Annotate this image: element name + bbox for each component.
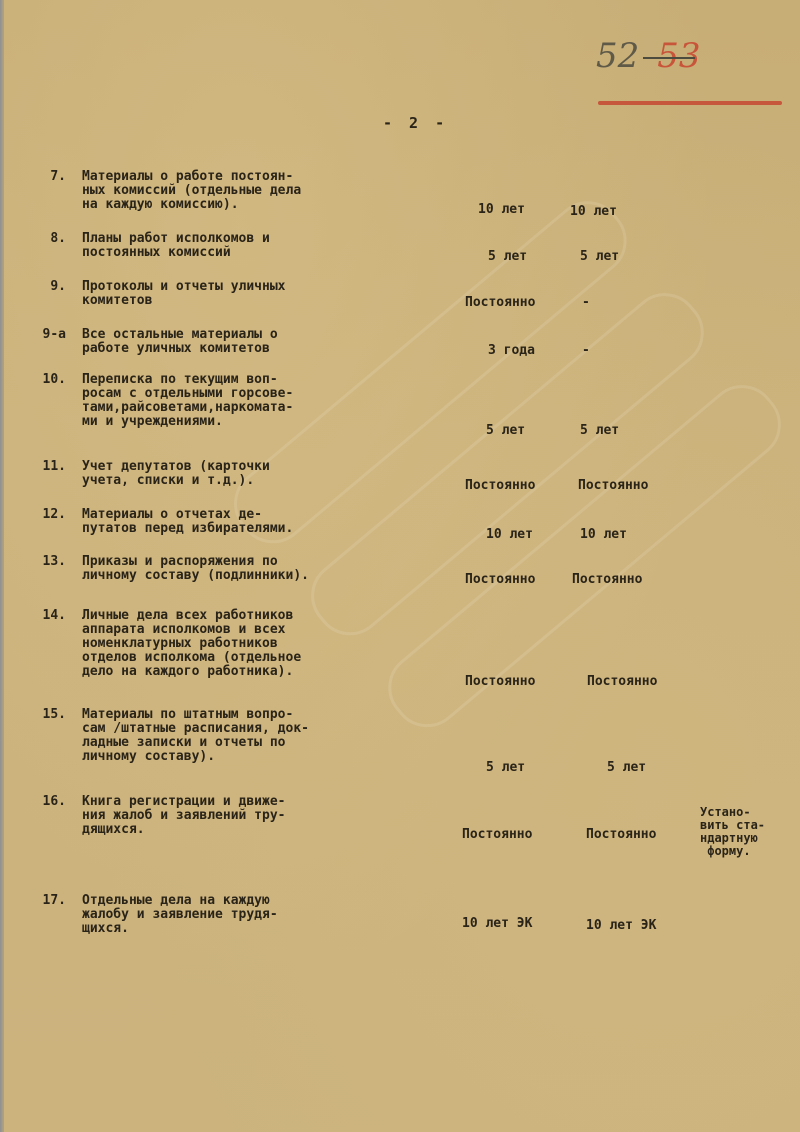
entry-description: Переписка по текущим воп- росам с отдель… [82, 373, 382, 429]
entry-description: Материалы по штатным вопро- сам /штатные… [82, 708, 382, 764]
entry-description: Протоколы и отчеты уличных комитетов [82, 280, 382, 308]
entry-7-term-1: 10 лет [478, 202, 525, 217]
entry-number: 16. [20, 795, 66, 809]
entry-12-term-2: 10 лет [580, 527, 627, 542]
entry-9-term-2: - [582, 295, 590, 310]
entry-number: 10. [20, 373, 66, 387]
archive-page-number: 5253 [596, 36, 701, 76]
red-underline [598, 101, 782, 105]
entry-9a-term-1: 3 года [488, 343, 535, 358]
entry-number: 7. [20, 170, 66, 184]
entry-description: Материалы о отчетах де- путатов перед из… [82, 508, 382, 536]
archive-page-crossed-out: 53 [657, 36, 700, 76]
entry-8-term-1: 5 лет [488, 249, 527, 264]
entry-description: Все остальные материалы о работе уличных… [82, 328, 382, 356]
entry-number: 11. [20, 460, 66, 474]
entry-number: 8. [20, 232, 66, 246]
entry-description: Отдельные дела на каждую жалобу и заявле… [82, 894, 382, 936]
page-marker: - 2 - [383, 114, 448, 132]
entry-description: Приказы и распоряжения по личному состав… [82, 555, 382, 583]
entry-14-term-2: Постоянно [587, 674, 657, 689]
entry-13-term-2: Постоянно [572, 572, 642, 587]
entry-number: 14. [20, 609, 66, 623]
entry-16-term-2: Постоянно [586, 827, 656, 842]
entry-7-term-2: 10 лет [570, 204, 617, 219]
entry-description: Книга регистрации и движе- ния жалоб и з… [82, 795, 382, 837]
entry-10-term-2: 5 лет [580, 423, 619, 438]
entry-13-term-1: Постоянно [465, 572, 535, 587]
entry-17-term-1: 10 лет ЭК [462, 916, 532, 931]
entry-16-note: Устано- вить ста- ндартную форму. [700, 806, 765, 858]
entry-number: 12. [20, 508, 66, 522]
entry-17-term-2: 10 лет ЭК [586, 918, 656, 933]
entry-description: Личные дела всех работников аппарата исп… [82, 609, 382, 679]
entry-description: Материалы о работе постоян- ных комиссий… [82, 170, 382, 212]
archive-page-current: 52 [596, 36, 639, 76]
entry-number: 9-а [20, 328, 66, 342]
entry-9a-term-2: - [582, 343, 590, 358]
entry-9-term-1: Постоянно [465, 295, 535, 310]
entry-15-term-1: 5 лет [486, 760, 525, 775]
entry-8-term-2: 5 лет [580, 249, 619, 264]
entry-description: Планы работ исполкомов и постоянных коми… [82, 232, 382, 260]
entry-number: 15. [20, 708, 66, 722]
entry-11-term-1: Постоянно [465, 478, 535, 493]
entry-description: Учет депутатов (карточки учета, списки и… [82, 460, 382, 488]
entry-14-term-1: Постоянно [465, 674, 535, 689]
entry-number: 9. [20, 280, 66, 294]
entry-number: 17. [20, 894, 66, 908]
document-page: 5253 - 2 - 7. Материалы о работе постоян… [0, 0, 800, 1132]
entry-number: 13. [20, 555, 66, 569]
scan-edge [0, 0, 4, 1132]
entry-16-term-1: Постоянно [462, 827, 532, 842]
entry-11-term-2: Постоянно [578, 478, 648, 493]
entry-10-term-1: 5 лет [486, 423, 525, 438]
entry-12-term-1: 10 лет [486, 527, 533, 542]
entry-15-term-2: 5 лет [607, 760, 646, 775]
